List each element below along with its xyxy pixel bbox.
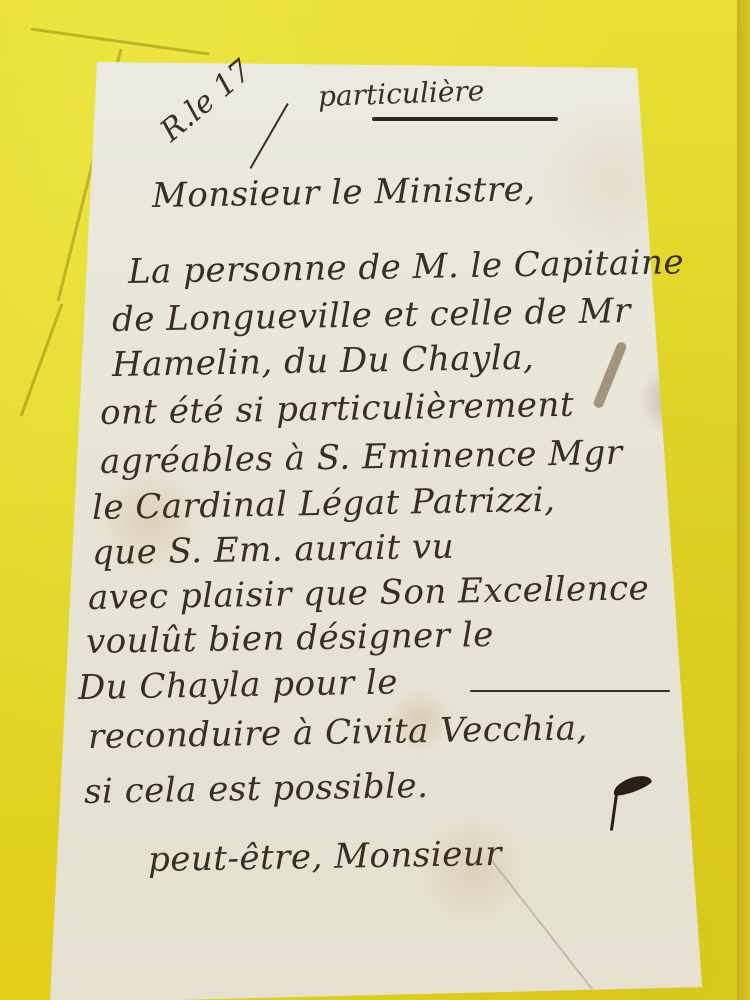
- body-line: Du Chayla pour le: [78, 662, 399, 708]
- salutation: Monsieur le Ministre,: [152, 169, 536, 216]
- body-line: Hamelin, du Du Chayla,: [112, 338, 535, 385]
- background-edge: [737, 0, 750, 1000]
- closing-line: peut-être, Monsieur: [148, 834, 503, 880]
- line-flourish: [470, 690, 670, 692]
- body-line: voulût bien désigner le: [86, 615, 494, 662]
- background-crease: [20, 303, 64, 417]
- body-line: le Cardinal Légat Patrizzi,: [92, 480, 556, 528]
- body-line: si cela est possible.: [84, 766, 429, 812]
- body-line: ont été si particulièrement: [100, 385, 575, 433]
- body-line: que S. Em. aurait vu: [92, 527, 455, 573]
- subject-underline: [372, 117, 558, 121]
- subject-heading: particulière: [317, 74, 484, 113]
